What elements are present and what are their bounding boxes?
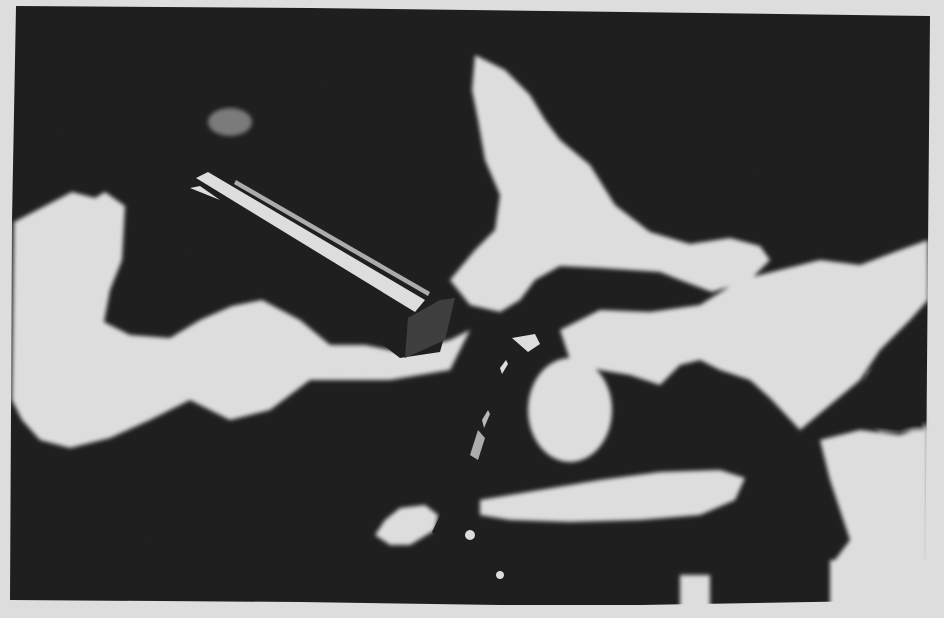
photograph [0, 0, 944, 618]
